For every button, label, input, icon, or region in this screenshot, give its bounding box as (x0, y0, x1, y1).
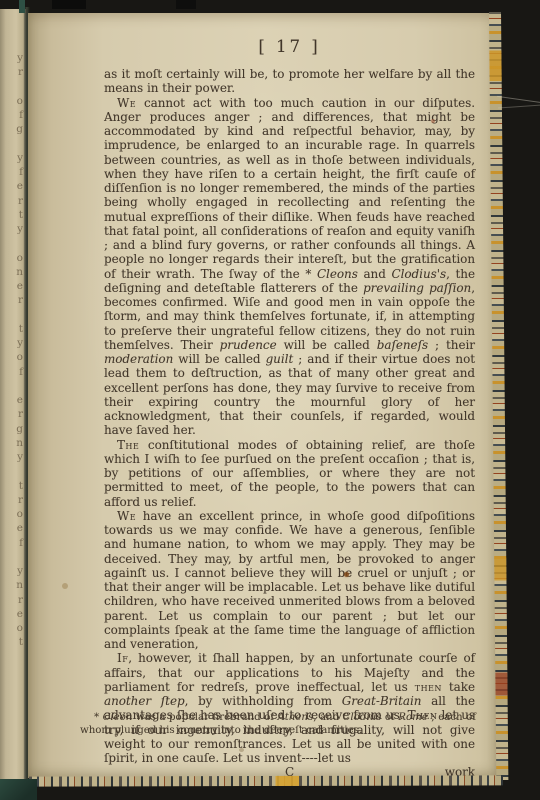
text-segment: another ſtep (104, 694, 185, 708)
foxing-spot (431, 119, 435, 123)
page-number-header: [ 17 ] (104, 37, 475, 56)
paragraph: The conſtitutional modes of obtaining re… (104, 438, 475, 509)
text-segment: take (442, 680, 475, 694)
footnote: * Cleon was a popular firebrand of Athen… (80, 712, 476, 738)
text-segment: Cleon (103, 712, 133, 723)
marbled-bottom-edge (29, 775, 503, 786)
text-segment: , and (313, 712, 342, 723)
foxing-spot (239, 748, 244, 752)
paragraph: We cannot act with too much caution in o… (104, 96, 475, 438)
paragraph: We have an excellent prince, in whoſe go… (104, 509, 475, 652)
body-paragraphs: as it moſt certainly will be, to promote… (104, 67, 475, 765)
facing-page-edge: y r o f g y f e r t y o n e r t y o f e … (0, 9, 26, 785)
text-segment: cannot act with too much caution in our … (104, 96, 475, 281)
text-segment: prevailing paſſion (363, 281, 471, 295)
text-segment: baſeneſs (377, 338, 428, 352)
hairline-scratch (498, 104, 540, 108)
text-segment: Clodius's (391, 267, 446, 281)
scan-notch (176, 0, 196, 9)
paragraph: as it moſt certainly will be, to promote… (104, 67, 475, 96)
text-segment: as it moſt certainly will be, to promote… (104, 67, 475, 95)
book-page: [ 17 ] as it moſt certainly will be, to … (28, 13, 498, 778)
text-segment: will be called (277, 338, 377, 352)
text-segment: Cleons (317, 267, 358, 281)
text-segment: Athens (278, 712, 314, 723)
text-block: [ 17 ] as it moſt certainly will be, to … (104, 37, 475, 780)
text-segment: will be called (173, 352, 265, 366)
text-segment: If (117, 651, 128, 665)
text-segment: We (117, 509, 136, 523)
text-segment: was a popular firebrand of (132, 712, 277, 723)
gutter-edge-fragments: y r o f g y f e r t y o n e r t y o f e … (16, 51, 23, 664)
foxing-spot (344, 572, 349, 577)
hairline-scratch (497, 96, 540, 103)
text-segment: * (94, 712, 103, 723)
text-segment: We (117, 96, 136, 110)
cover-corner-shadow (0, 779, 37, 800)
text-segment: conſtitutional modes of obtaining relief… (104, 438, 475, 509)
foxing-spot (62, 583, 68, 589)
paragraph: If, however, it ſhall happen, by an unfo… (104, 651, 475, 765)
text-segment: Rome (398, 712, 428, 723)
text-segment: The (117, 438, 139, 452)
scan-notch (52, 0, 86, 9)
binding-sliver (19, 0, 25, 13)
text-segment: Great-Britain (342, 694, 422, 708)
text-segment: guilt (266, 352, 294, 366)
text-segment: Clodius (343, 712, 382, 723)
text-segment: have an excellent prince, in whoſe good … (104, 509, 475, 651)
text-segment: ; their (428, 338, 475, 352)
text-segment: then (415, 680, 442, 694)
footnote-text: * Cleon was a popular firebrand of Athen… (80, 712, 476, 736)
text-segment: and (358, 267, 392, 281)
text-segment: , by withholding from (185, 694, 342, 708)
book-scan: y r o f g y f e r t y o n e r t y o f e … (0, 0, 540, 800)
text-segment: prudence (220, 338, 277, 352)
text-segment: moderation (104, 352, 173, 366)
text-segment: of (381, 712, 398, 723)
